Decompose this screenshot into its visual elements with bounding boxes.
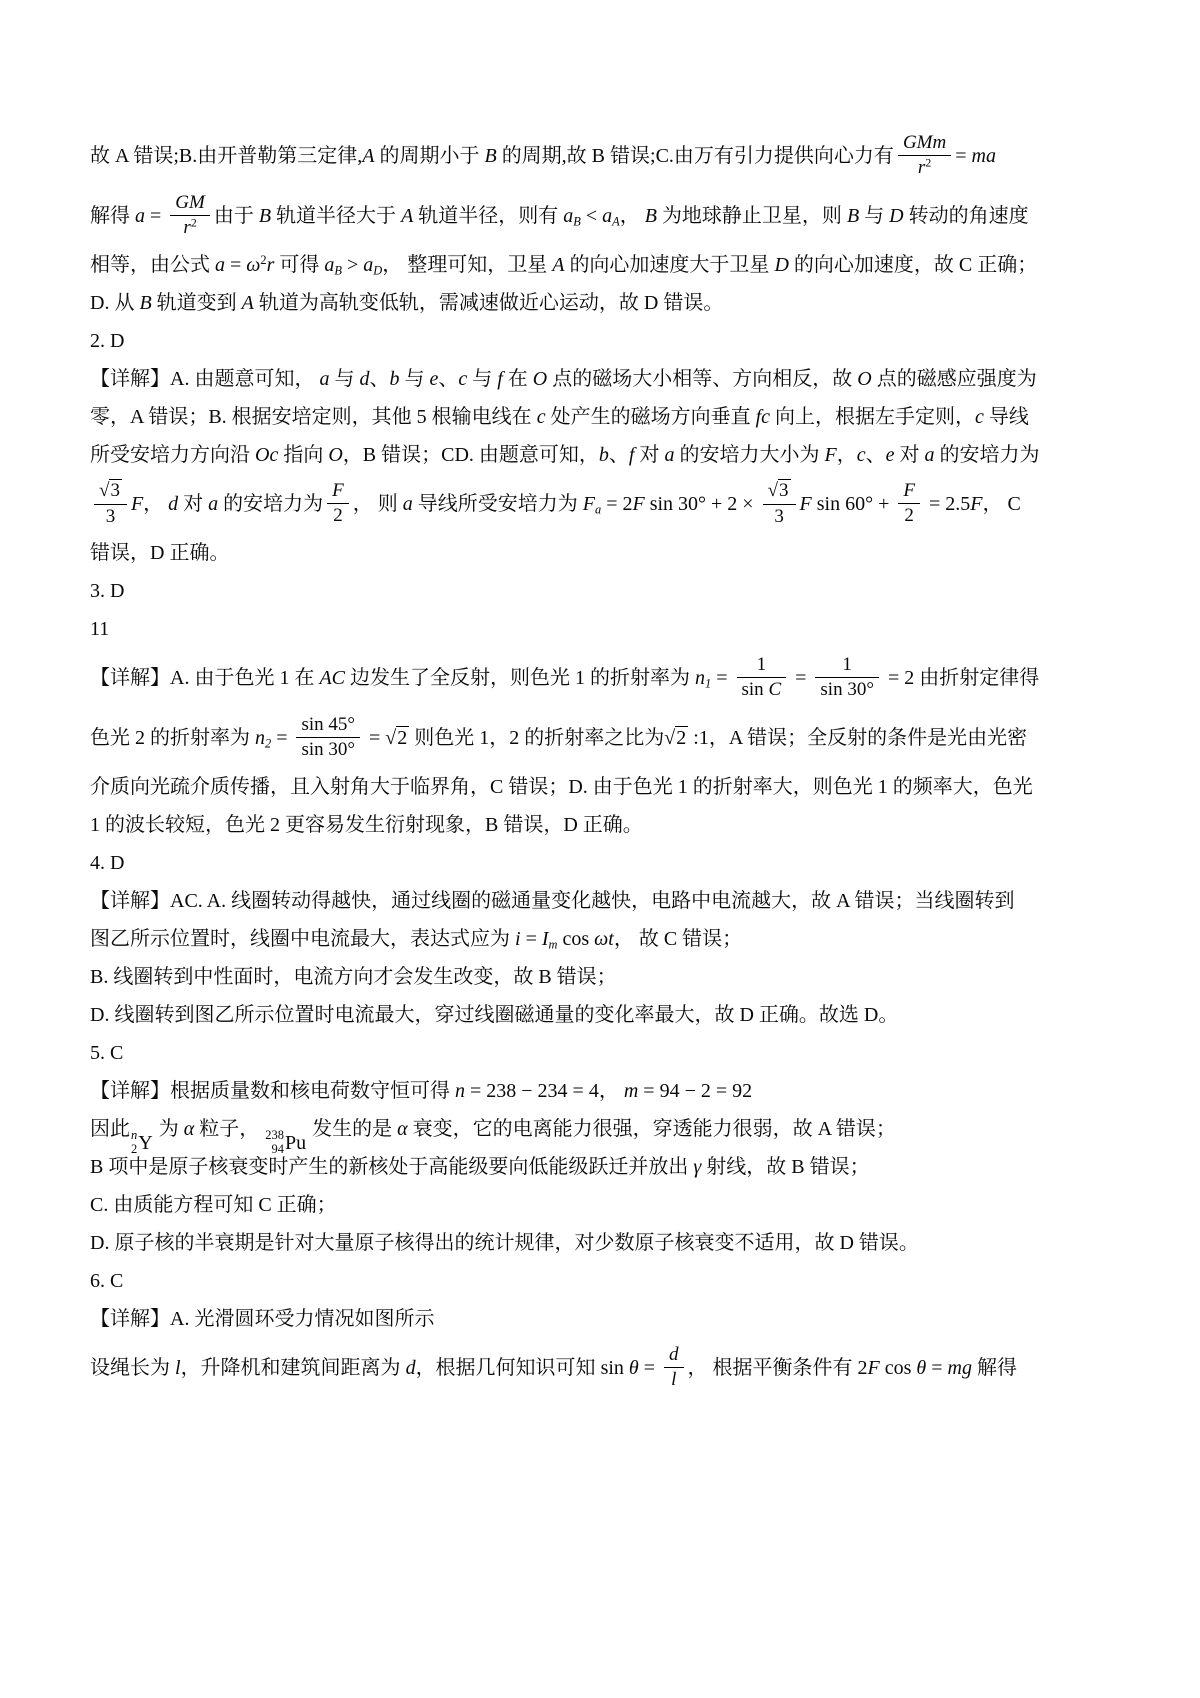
math-text: sin 60° + xyxy=(812,493,895,515)
text-line: 【详解】根据质量数和核电荷数守恒可得 n = 238 − 234 = 4， m … xyxy=(90,1072,1112,1110)
math-text: 3 xyxy=(779,480,789,501)
text-segment: 为地球静止卫星，则 xyxy=(657,205,847,227)
text-segment: ， C xyxy=(982,493,1020,515)
subscript: D xyxy=(373,263,382,277)
text-line: 5. C xyxy=(90,1034,1112,1072)
text-segment: 为 xyxy=(154,1118,184,1140)
math-variable: ω2 xyxy=(246,254,266,276)
text-segment: 色光 2 的折射率为 xyxy=(90,727,255,749)
math-variable: aB xyxy=(324,254,342,276)
text-segment: 、 xyxy=(866,444,886,466)
math-text: = 238 − 234 = 4 xyxy=(465,1080,599,1102)
math-text: 2 xyxy=(397,727,407,749)
math-variable: d xyxy=(406,1357,416,1379)
radicand: 3 xyxy=(109,479,122,502)
math-text: 3 xyxy=(110,480,120,501)
text-segment: 所受安培力方向沿 xyxy=(90,444,255,466)
fraction-denominator: 3 xyxy=(94,505,127,527)
subscript: B xyxy=(334,263,342,277)
text-line: 所受安培力方向沿 Oc 指向 O，B 错误；CD. 由题意可知，b、f 对 a … xyxy=(90,436,1112,474)
math-variable: B xyxy=(139,292,151,314)
math-variable: F xyxy=(332,480,344,501)
math-text: > xyxy=(342,254,363,276)
text-segment: 衰变，它的电离能力很强，穿透能力很弱，故 A 错误； xyxy=(408,1118,896,1140)
text-segment: 的周期,故 B 错误;C.由万有引力提供向心力有 xyxy=(497,145,894,167)
square-root: √3 xyxy=(99,479,122,502)
text-line: B. 线圈转到中性面时，电流方向才会发生改变，故 B 错误； xyxy=(90,958,1112,996)
text-segment: 处产生的磁场方向垂直 xyxy=(546,406,756,428)
math-variable: F xyxy=(131,493,143,515)
math-text: 2 xyxy=(333,505,343,526)
superscript: 2 xyxy=(191,217,197,230)
text-segment: 向上，根据左手定则， xyxy=(770,406,975,428)
text-segment: 6. C xyxy=(90,1270,123,1292)
math-text: = 2.5 xyxy=(924,493,970,515)
text-segment: 轨道半径大于 xyxy=(271,205,401,227)
math-variable: r2 xyxy=(918,157,931,178)
math-variable: c xyxy=(857,444,866,466)
math-variable: m xyxy=(624,1080,638,1102)
text-segment: 11 xyxy=(90,618,109,640)
math-variable: d xyxy=(669,1344,679,1365)
text-line: 相等，由公式 a = ω2r 可得 aB > aD， 整理可知，卫星 A 的向心… xyxy=(90,246,1112,284)
text-line: 解得 a = GMr2由于 B 轨道半径大于 A 轨道半径，则有 aB < aA… xyxy=(90,186,1112,246)
text-segment: 故 A 错误;B.由开普勒第三定律, xyxy=(90,145,362,167)
text-segment: 发生的是 xyxy=(307,1118,397,1140)
text-line: 【详解】AC. A. 线圈转动得越快，通过线圈的磁通量变化越快，电路中电流越大，… xyxy=(90,882,1112,920)
math-variable: GM xyxy=(175,192,205,213)
text-segment: 因此 xyxy=(90,1118,130,1140)
text-segment: 的安培力为 xyxy=(934,444,1039,466)
math-variable: b xyxy=(599,444,609,466)
text-segment: D. 从 xyxy=(90,292,139,314)
text-segment: 由于 xyxy=(214,205,259,227)
radical-sign-icon: √ xyxy=(99,480,109,502)
math-text: = xyxy=(364,727,385,749)
math-variable: aA xyxy=(602,205,620,227)
text-segment: ， 根据平衡条件有 xyxy=(688,1357,858,1379)
fraction-denominator: 2 xyxy=(898,504,920,526)
text-line: 2. D xyxy=(90,322,1112,360)
math-variable: e xyxy=(429,368,438,390)
math-text: 1 xyxy=(842,654,852,675)
math-variable: l xyxy=(671,1369,676,1390)
text-line: 3. D xyxy=(90,572,1112,610)
math-text: = xyxy=(145,205,166,227)
math-text: < xyxy=(581,205,602,227)
text-segment: 则色光 1，2 的折射率之比为 xyxy=(409,727,664,749)
math-variable: F xyxy=(800,493,812,515)
text-segment: ，B 错误；CD. 由题意可知， xyxy=(343,444,599,466)
math-variable: r2 xyxy=(183,217,196,238)
math-text: sin 30° xyxy=(820,679,874,700)
math-variable: d xyxy=(168,493,178,515)
math-text: 3 xyxy=(106,506,116,527)
math-variable: a xyxy=(135,205,145,227)
math-variable: B xyxy=(259,205,271,227)
radical-sign-icon: √ xyxy=(768,480,778,502)
text-line: 6. C xyxy=(90,1262,1112,1300)
text-segment: 的向心加速度，故 C 正确； xyxy=(789,254,1037,276)
fraction-numerator: sin 45° xyxy=(296,714,360,738)
fraction: 1sin 30° xyxy=(815,654,879,701)
text-segment: 与 xyxy=(399,368,429,390)
text-segment: 【详解】AC. A. 线圈转动得越快，通过线圈的磁通量变化越快，电路中电流越大，… xyxy=(90,890,1014,912)
math-variable: B xyxy=(847,205,859,227)
text-line: 【详解】A. 由于色光 1 在 AC 边发生了全反射，则色光 1 的折射率为 n… xyxy=(90,648,1112,708)
math-variable: O xyxy=(533,368,547,390)
radical-sign-icon: √ xyxy=(385,727,396,750)
math-variable: fc xyxy=(756,406,770,428)
math-text: = 2 xyxy=(601,493,632,515)
text-segment: 、 xyxy=(369,368,389,390)
text-segment: 的安培力为 xyxy=(218,493,323,515)
math-variable: aB xyxy=(563,205,581,227)
math-text: = xyxy=(955,145,971,167)
text-segment: 【详解】A. 光滑圆环受力情况如图所示 xyxy=(90,1308,434,1330)
math-variable: a xyxy=(403,493,413,515)
text-line: D. 线圈转到图乙所示位置时电流最大，穿过线圈磁通量的变化率最大，故 D 正确。… xyxy=(90,996,1112,1034)
math-variable: D xyxy=(774,254,788,276)
math-text: sin xyxy=(742,679,769,700)
fraction: F2 xyxy=(898,480,920,527)
text-segment: 点的磁感应强度为 xyxy=(872,368,1037,390)
document-page: 故 A 错误;B.由开普勒第三定律,A 的周期小于 B 的周期,故 B 错误;C… xyxy=(0,0,1200,1698)
text-line: D. 从 B 轨道变到 A 轨道为高轨变低轨，需减速做近心运动，故 D 错误。 xyxy=(90,284,1112,322)
math-text: sin 30° xyxy=(301,739,355,760)
text-line: 错误，D 正确。 xyxy=(90,534,1112,572)
fraction-denominator: r2 xyxy=(170,216,210,238)
math-variable: c xyxy=(458,368,467,390)
text-line: 因此n2Y 为 α 粒子， 23894Pu 发生的是 α 衰变，它的电离能力很强… xyxy=(90,1110,1112,1148)
text-segment: ， xyxy=(143,493,168,515)
text-segment: 5. C xyxy=(90,1042,123,1064)
math-text: = xyxy=(521,928,542,950)
text-segment: ， 故 C 错误； xyxy=(614,928,742,950)
math-text: = xyxy=(790,667,811,689)
math-variable: A xyxy=(401,205,413,227)
math-variable: Fa xyxy=(583,493,601,515)
text-line: 【详解】A. 光滑圆环受力情况如图所示 xyxy=(90,1300,1112,1338)
fraction: GMmr2 xyxy=(898,132,951,179)
fraction-numerator: GM xyxy=(170,192,210,216)
math-variable: a xyxy=(215,254,225,276)
text-segment: ， xyxy=(620,205,645,227)
fraction-numerator: GMm xyxy=(898,132,951,156)
fraction: 1sin C xyxy=(737,654,787,701)
superscript: 2 xyxy=(925,157,931,170)
fraction-denominator: sin C xyxy=(737,678,787,700)
math-text: :1 xyxy=(688,727,709,749)
subscript: B xyxy=(573,214,581,228)
math-variable: F xyxy=(903,480,915,501)
text-segment: 边发生了全反射，则色光 1 的折射率为 xyxy=(345,667,695,689)
fraction: dl xyxy=(664,1344,684,1391)
text-line: 零，A 错误；B. 根据安培定则，其他 5 根输电线在 c 处产生的磁场方向垂直… xyxy=(90,398,1112,436)
fraction-denominator: 3 xyxy=(763,505,796,527)
math-variable: C xyxy=(768,679,781,700)
text-segment: 轨道变到 xyxy=(152,292,242,314)
text-line: B 项中是原子核衰变时产生的新核处于高能级要向低能级跃迁并放出 γ 射线，故 B… xyxy=(90,1148,1112,1186)
math-variable: α xyxy=(397,1118,408,1140)
text-segment: 的安培力大小为 xyxy=(674,444,824,466)
fraction-denominator: sin 30° xyxy=(296,738,360,760)
text-line: 介质向光疏介质传播，且入射角大于临界角，C 错误；D. 由于色光 1 的折射率大… xyxy=(90,768,1112,806)
math-variable: F xyxy=(970,493,982,515)
mass-number: 238 xyxy=(265,1129,284,1143)
radical-sign-icon: √ xyxy=(664,727,675,750)
math-variable: Im xyxy=(542,928,558,950)
math-variable: AC xyxy=(319,667,345,689)
math-variable: ωt xyxy=(594,928,614,950)
square-root: √3 xyxy=(768,479,791,502)
text-segment: 错误，D 正确。 xyxy=(90,542,229,564)
fraction: √33 xyxy=(94,479,127,527)
math-variable: O xyxy=(857,368,871,390)
text-segment: 在 xyxy=(503,368,533,390)
math-variable: A xyxy=(552,254,564,276)
math-text: = 2 xyxy=(883,667,919,689)
math-text: cos xyxy=(880,1357,917,1379)
text-segment: 3. D xyxy=(90,580,124,602)
fraction-denominator: sin 30° xyxy=(815,678,879,700)
text-line: 图乙所示位置时，线圈中电流最大，表达式应为 i = Im cos ωt， 故 C… xyxy=(90,920,1112,958)
text-segment: 1 的波长较短，色光 2 更容易发生衍射现象，B 错误，D 正确。 xyxy=(90,814,643,836)
square-root: √2 xyxy=(664,726,688,750)
text-segment: ， 整理可知，卫星 xyxy=(382,254,552,276)
math-text: = 94 − 2 = 92 xyxy=(638,1080,752,1102)
text-segment: 零，A 错误；B. 根据安培定则，其他 5 根输电线在 xyxy=(90,406,537,428)
text-segment: ，根据几何知识可知 xyxy=(416,1357,601,1379)
text-segment: 2. D xyxy=(90,330,124,352)
fraction-numerator: F xyxy=(327,480,349,504)
text-segment: 设绳长为 xyxy=(90,1357,175,1379)
text-segment: ，A 错误；全反射的条件是光由光密 xyxy=(709,727,1027,749)
text-segment: 与 xyxy=(859,205,889,227)
math-text: 2 xyxy=(904,505,914,526)
fraction-numerator: √3 xyxy=(94,479,127,505)
text-segment: 4. D xyxy=(90,852,124,874)
text-segment: B. 线圈转到中性面时，电流方向才会发生改变，故 B 错误； xyxy=(90,966,617,988)
math-variable: mg xyxy=(948,1357,972,1379)
fraction-numerator: √3 xyxy=(763,479,796,505)
math-variable: aD xyxy=(363,254,382,276)
fraction-numerator: 1 xyxy=(737,654,787,678)
math-text: = xyxy=(926,1357,947,1379)
text-line: 设绳长为 l，升降机和建筑间距离为 d，根据几何知识可知 sin θ = dl，… xyxy=(90,1338,1112,1398)
math-variable: Oc xyxy=(255,444,278,466)
text-segment: 与 xyxy=(329,368,359,390)
text-segment: 轨道为高轨变低轨，需减速做近心运动，故 D 错误。 xyxy=(254,292,723,314)
text-segment: ， xyxy=(599,1080,624,1102)
text-segment: 转动的角速度 xyxy=(904,205,1029,227)
math-variable: ma xyxy=(972,145,996,167)
math-variable: F xyxy=(824,444,836,466)
math-variable: D xyxy=(889,205,903,227)
math-variable: n1 xyxy=(695,667,711,689)
document-content: 故 A 错误;B.由开普勒第三定律,A 的周期小于 B 的周期,故 B 错误;C… xyxy=(90,126,1112,1398)
math-variable: O xyxy=(328,444,342,466)
math-text: 2 xyxy=(858,1357,868,1379)
radicand: 2 xyxy=(675,726,688,750)
text-segment: ，升降机和建筑间距离为 xyxy=(181,1357,406,1379)
math-variable: B xyxy=(645,205,657,227)
text-segment: 可得 xyxy=(274,254,324,276)
text-segment: 解得 xyxy=(90,205,135,227)
fraction: sin 45°sin 30° xyxy=(296,714,360,761)
text-segment: D. 线圈转到图乙所示位置时电流最大，穿过线圈磁通量的变化率最大，故 D 正确。… xyxy=(90,1004,898,1026)
math-text: cos xyxy=(557,928,594,950)
text-segment: 射线，故 B 错误； xyxy=(701,1156,869,1178)
fraction-numerator: F xyxy=(898,480,920,504)
math-variable: b xyxy=(389,368,399,390)
text-segment: ， xyxy=(837,444,857,466)
math-variable: GMm xyxy=(903,132,946,153)
fraction: √33 xyxy=(763,479,796,527)
square-root: √2 xyxy=(385,726,409,750)
math-variable: A xyxy=(242,292,254,314)
text-segment: 相等，由公式 xyxy=(90,254,215,276)
text-segment: 的向心加速度大于卫星 xyxy=(564,254,774,276)
math-variable: θ xyxy=(916,1357,926,1379)
math-variable: θ xyxy=(629,1357,639,1379)
text-segment: 、 xyxy=(609,444,629,466)
text-segment: 指向 xyxy=(278,444,328,466)
text-segment: 导线 xyxy=(984,406,1029,428)
text-line: √33F， d 对 a 的安培力为F2， 则 a 导线所受安培力为 Fa = 2… xyxy=(90,474,1112,534)
math-text: = xyxy=(639,1357,660,1379)
text-line: D. 原子核的半衰期是针对大量原子核得出的统计规律，对少数原子核衰变不适用，故 … xyxy=(90,1224,1112,1262)
text-segment: 、 xyxy=(438,368,458,390)
fraction-numerator: 1 xyxy=(815,654,879,678)
text-line: 色光 2 的折射率为 n2 = sin 45°sin 30° = √2 则色光 … xyxy=(90,708,1112,768)
math-variable: c xyxy=(537,406,546,428)
math-variable: n xyxy=(455,1080,465,1102)
fraction-denominator: 2 xyxy=(327,504,349,526)
text-segment: B 项中是原子核衰变时产生的新核处于高能级要向低能级跃迁并放出 xyxy=(90,1156,693,1178)
fraction: GMr2 xyxy=(170,192,210,239)
text-segment: C. 由质能方程可知 C 正确； xyxy=(90,1194,337,1216)
text-segment: ， 则 xyxy=(353,493,403,515)
text-segment: 由折射定律得 xyxy=(919,667,1039,689)
math-text: sin xyxy=(601,1357,629,1379)
math-variable: A xyxy=(362,145,374,167)
math-text: sin 45° xyxy=(301,714,355,735)
text-line: 4. D xyxy=(90,844,1112,882)
math-variable: B xyxy=(484,145,496,167)
fraction-denominator: r2 xyxy=(898,156,951,178)
math-text: sin 30° + 2 × xyxy=(645,493,759,515)
text-segment: 与 xyxy=(467,368,497,390)
math-variable: c xyxy=(975,406,984,428)
text-line: 11 xyxy=(90,610,1112,648)
text-segment: 【详解】A. 由题意可知， xyxy=(90,368,319,390)
math-text: = xyxy=(711,667,732,689)
math-text: = xyxy=(271,727,292,749)
math-variable: a xyxy=(924,444,934,466)
text-segment: 粒子， xyxy=(194,1118,264,1140)
text-segment: 轨道半径，则有 xyxy=(413,205,563,227)
text-segment: 解得 xyxy=(972,1357,1017,1379)
math-variable: a xyxy=(208,493,218,515)
text-line: 1 的波长较短，色光 2 更容易发生衍射现象，B 错误，D 正确。 xyxy=(90,806,1112,844)
math-variable: a xyxy=(664,444,674,466)
text-segment: D. 原子核的半衰期是针对大量原子核得出的统计规律，对少数原子核衰变不适用，故 … xyxy=(90,1232,919,1254)
text-line: C. 由质能方程可知 C 正确； xyxy=(90,1186,1112,1224)
radicand: 3 xyxy=(778,479,791,502)
math-variable: F xyxy=(632,493,644,515)
math-text: 3 xyxy=(774,506,784,527)
text-segment: 图乙所示位置时，线圈中电流最大，表达式应为 xyxy=(90,928,515,950)
fraction-numerator: d xyxy=(664,1344,684,1368)
text-segment: 介质向光疏介质传播，且入射角大于临界角，C 错误；D. 由于色光 1 的折射率大… xyxy=(90,776,1033,798)
subscript: A xyxy=(612,214,620,228)
radicand: 2 xyxy=(396,726,409,750)
text-segment: 导线所受安培力为 xyxy=(413,493,583,515)
math-text: 1 xyxy=(757,654,767,675)
mass-number: n xyxy=(131,1129,137,1143)
math-variable: α xyxy=(184,1118,195,1140)
math-variable: a xyxy=(319,368,329,390)
math-variable: F xyxy=(868,1357,880,1379)
math-variable: d xyxy=(359,368,369,390)
fraction-denominator: l xyxy=(664,1368,684,1390)
text-segment: 对 xyxy=(634,444,664,466)
math-text: 2 xyxy=(676,727,686,749)
math-text: = xyxy=(225,254,246,276)
text-segment: 的周期小于 xyxy=(374,145,484,167)
fraction: F2 xyxy=(327,480,349,527)
text-line: 故 A 错误;B.由开普勒第三定律,A 的周期小于 B 的周期,故 B 错误;C… xyxy=(90,126,1112,186)
text-segment: 【详解】根据质量数和核电荷数守恒可得 xyxy=(90,1080,455,1102)
text-segment: 点的磁场大小相等、方向相反，故 xyxy=(547,368,857,390)
math-variable: n2 xyxy=(255,727,271,749)
text-line: 【详解】A. 由题意可知， a 与 d、b 与 e、c 与 f 在 O 点的磁场… xyxy=(90,360,1112,398)
text-segment: 【详解】A. 由于色光 1 在 xyxy=(90,667,319,689)
text-segment: 对 xyxy=(894,444,924,466)
text-segment: 对 xyxy=(178,493,208,515)
